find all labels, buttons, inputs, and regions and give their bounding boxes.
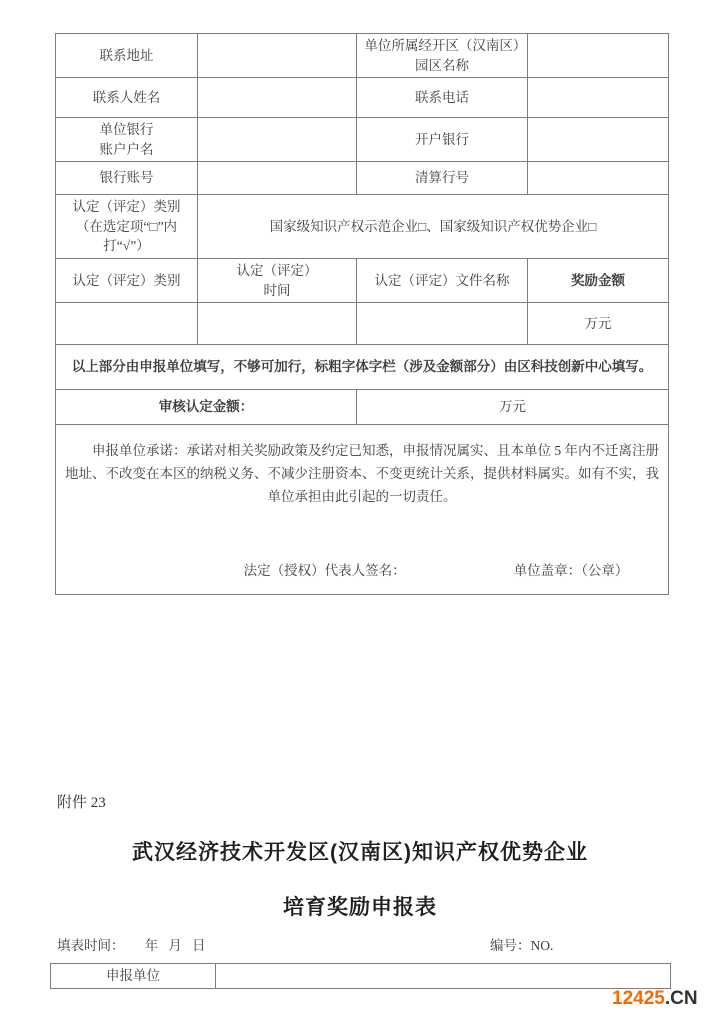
doc-number-label: 编号：NO. [490,934,553,954]
contact-address-value [198,34,357,78]
applicant-value [216,964,671,989]
watermark-brand: 12425 [612,988,665,1009]
main-form-table: 联系地址 单位所属经开区（汉南区）园区名称 联系人姓名 联系电话 单位银行 账户… [55,33,669,595]
opening-bank-value [528,118,669,162]
review-amount-unit: 万元 [357,390,669,425]
applicant-label: 申报单位 [51,964,216,989]
unit-seal-label: 单位盖章：（公章） [514,563,629,578]
pledge-text: 申报单位承诺：承诺对相关奖励政策及约定已知悉，申报情况属实、且本单位 5 年内不… [61,440,663,509]
site-watermark: 12425.CN [612,988,698,1010]
representative-sign-label: 法定（授权）代表人签名： [244,563,406,578]
bank-account-name-value [198,118,357,162]
park-name-value [528,34,669,78]
time-value [198,303,357,345]
category-select-label: 认定（评定）类别（在选定项“□”内打“√”） [56,195,198,259]
signature-line: 法定（授权）代表人签名：单位盖章：（公章） [61,561,663,581]
attachment-label: 附件 23 [57,791,106,812]
table-row: 联系地址 单位所属经开区（汉南区）园区名称 [56,34,669,78]
col-header-time: 认定（评定） 时间 [198,258,357,302]
clearing-bank-no-label: 清算行号 [357,162,528,195]
note-row: 以上部分由申报单位填写，不够可加行，标粗字体字栏（涉及金额部分）由区科技创新中心… [56,345,669,390]
applicant-table: 申报单位 [50,963,671,989]
contact-phone-value [528,78,669,118]
opening-bank-label: 开户银行 [357,118,528,162]
table-header-row: 认定（评定）类别 认定（评定） 时间 认定（评定）文件名称 奖励金额 [56,258,669,302]
col-header-doc-name: 认定（评定）文件名称 [357,258,528,302]
contact-phone-label: 联系电话 [357,78,528,118]
award-unit: 万元 [528,303,669,345]
pledge-cell: 申报单位承诺：承诺对相关奖励政策及约定已知悉，申报情况属实、且本单位 5 年内不… [56,425,669,595]
contact-person-value [198,78,357,118]
watermark-tld: .CN [665,988,698,1009]
doc-name-value [357,303,528,345]
table-row: 联系人姓名 联系电话 [56,78,669,118]
table-row: 单位银行 账户户名 开户银行 [56,118,669,162]
document-page: 联系地址 单位所属经开区（汉南区）园区名称 联系人姓名 联系电话 单位银行 账户… [0,0,720,1018]
form-title-line2: 培育奖励申报表 [0,891,720,921]
col-header-category: 认定（评定）类别 [56,258,198,302]
review-amount-label: 审核认定金额： [56,390,357,425]
category-value [56,303,198,345]
clearing-bank-no-value [528,162,669,195]
table-row: 申报单位 [51,964,671,989]
fill-instruction-note: 以上部分由申报单位填写，不够可加行，标粗字体字栏（涉及金额部分）由区科技创新中心… [56,345,669,390]
table-row: 万元 [56,303,669,345]
table-row: 银行账号 清算行号 [56,162,669,195]
fill-date-line: 填表时间： 年 月 日 [57,934,206,954]
pledge-row: 申报单位承诺：承诺对相关奖励政策及约定已知悉，申报情况属实、且本单位 5 年内不… [56,425,669,595]
col-header-award: 奖励金额 [528,258,669,302]
bank-account-name-label: 单位银行 账户户名 [56,118,198,162]
category-options: 国家级知识产权示范企业□、国家级知识产权优势企业□ [198,195,669,259]
table-row: 认定（评定）类别（在选定项“□”内打“√”） 国家级知识产权示范企业□、国家级知… [56,195,669,259]
bank-account-no-label: 银行账号 [56,162,198,195]
form-title-line1: 武汉经济技术开发区(汉南区)知识产权优势企业 [0,836,720,866]
contact-address-label: 联系地址 [56,34,198,78]
review-row: 审核认定金额： 万元 [56,390,669,425]
bank-account-no-value [198,162,357,195]
contact-person-label: 联系人姓名 [56,78,198,118]
park-name-label: 单位所属经开区（汉南区）园区名称 [357,34,528,78]
